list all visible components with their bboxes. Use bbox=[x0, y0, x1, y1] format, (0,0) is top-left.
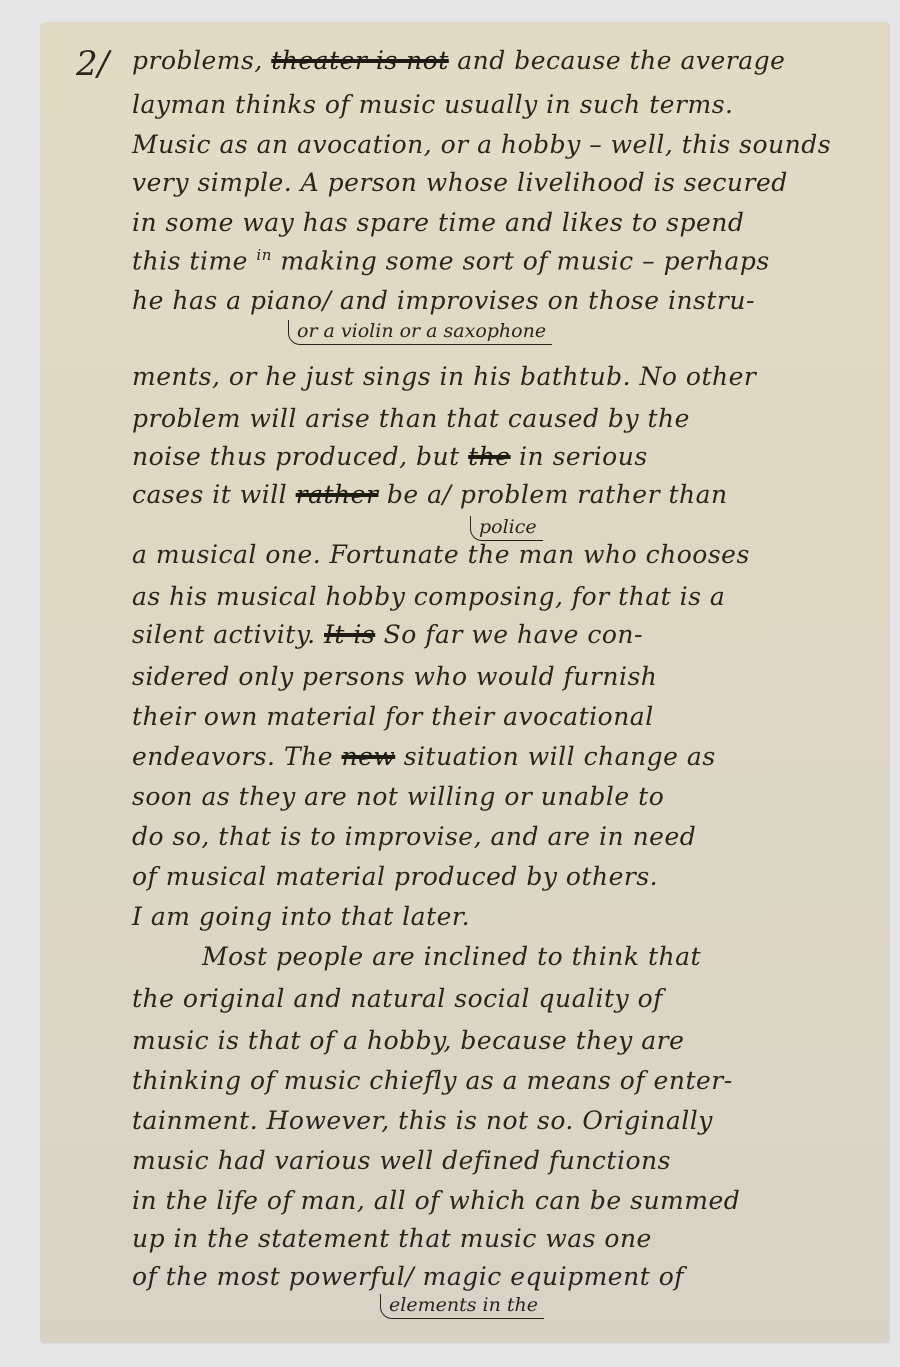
struck-word: rather bbox=[296, 480, 379, 509]
text-line: their own material for their avocational bbox=[132, 702, 654, 731]
text-line: ments, or he just sings in his bathtub. … bbox=[132, 362, 756, 391]
text-line: do so, that is to improvise, and are in … bbox=[132, 822, 696, 851]
text-line: noise thus produced, but the in serious bbox=[132, 442, 648, 471]
text-line: up in the statement that music was one bbox=[132, 1224, 652, 1253]
text-line: cases it will rather be a/ problem rathe… bbox=[132, 480, 728, 509]
text-line: endeavors. The new situation will change… bbox=[132, 742, 716, 771]
text-line: layman thinks of music usually in such t… bbox=[132, 90, 733, 119]
text-line: of the most powerful/ magic equipment of bbox=[132, 1262, 684, 1291]
paragraph-start-line: Most people are inclined to think that bbox=[132, 942, 701, 971]
text-line: as his musical hobby composing, for that… bbox=[132, 582, 725, 611]
marginal-insertion: or a violin or a saxophone bbox=[288, 320, 552, 345]
text-line: in some way has spare time and likes to … bbox=[132, 208, 744, 237]
text-line: problems, theater is not and because the… bbox=[132, 46, 785, 75]
text-line: problem will arise than that caused by t… bbox=[132, 404, 690, 433]
text-line: music is that of a hobby, because they a… bbox=[132, 1026, 684, 1055]
text-line: silent activity. It is So far we have co… bbox=[132, 620, 643, 649]
marginal-insertion: police bbox=[470, 516, 543, 541]
text-line: he has a piano/ and improvises on those … bbox=[132, 286, 755, 315]
struck-word: It is bbox=[324, 620, 375, 649]
text-line: thinking of music chiefly as a means of … bbox=[132, 1066, 733, 1095]
text-line: I am going into that later. bbox=[132, 902, 470, 931]
page-number: 2/ bbox=[76, 44, 109, 84]
text-line: in the life of man, all of which can be … bbox=[132, 1186, 740, 1215]
text-line: Music as an avocation, or a hobby – well… bbox=[132, 130, 831, 159]
text-line: sidered only persons who would furnish bbox=[132, 662, 657, 691]
insertion-caret: in bbox=[256, 246, 271, 264]
text-line: the original and natural social quality … bbox=[132, 984, 663, 1013]
marginal-insertion: elements in the bbox=[380, 1294, 544, 1319]
text-line: a musical one. Fortunate the man who cho… bbox=[132, 540, 750, 569]
text-line: tainment. However, this is not so. Origi… bbox=[132, 1106, 713, 1135]
text-line: very simple. A person whose livelihood i… bbox=[132, 168, 788, 197]
text-line: soon as they are not willing or unable t… bbox=[132, 782, 664, 811]
struck-word: new bbox=[341, 742, 395, 771]
text-line: of musical material produced by others. bbox=[132, 862, 658, 891]
struck-word: theater is not bbox=[271, 46, 449, 75]
manuscript-page: 2/ problems, theater is not and because … bbox=[40, 22, 888, 1342]
text-line: this time in making some sort of music –… bbox=[132, 246, 770, 275]
struck-word: the bbox=[468, 442, 510, 471]
text-line: music had various well defined functions bbox=[132, 1146, 671, 1175]
